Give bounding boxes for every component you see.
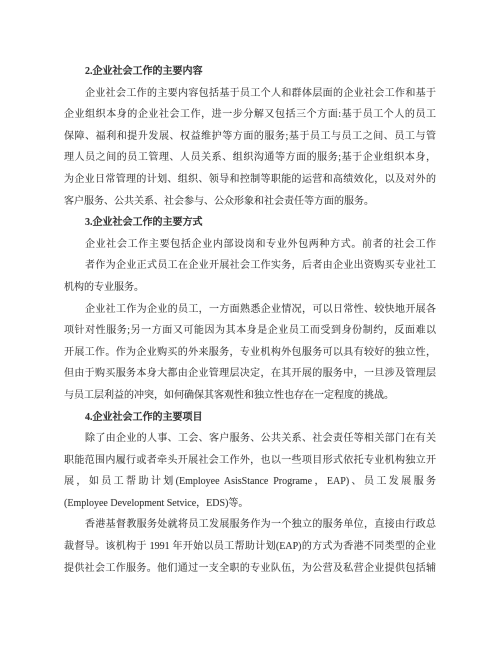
text-line: 开展工作。作为企业购买的外来服务，专业机构外包服务可以具有较好的独立性， [64, 342, 436, 364]
text-line: 展，如员工帮助计划(Employee AsisStance Programe，E… [64, 471, 436, 493]
text-line: 企业社工作为企业的员工，一方面熟悉企业情况，可以日常性、较快地开展各 [64, 299, 436, 321]
text-line: 但由于购买服务本身大都由企业管理层决定，在其开展的服务中，一旦涉及管理层 [64, 363, 436, 385]
text-line: (Employee Development Setvice，EDS)等。 [64, 493, 436, 515]
document-page: 2.企业社会工作的主要内容企业社会工作的主要内容包括基于员工个人和群体层面的企业… [0, 0, 500, 647]
text-line: 企业组织本身的企业社会工作，进一步分解又包括三个方面:基于员工个人的员工 [64, 104, 436, 126]
text-line: 客户服务、公共关系、社会参与、公众形象和社会责任等方面的服务。 [64, 191, 436, 213]
section-heading: 2.企业社会工作的主要内容 [64, 61, 436, 83]
text-line: 企业社会工作的主要内容包括基于员工个人和群体层面的企业社会工作和基于 [64, 83, 436, 105]
text-line: 机构的专业服务。 [64, 277, 436, 299]
text-line: 裁督导。该机构于 1991 年开始以员工帮助计划(EAP)的方式为香港不同类型的… [64, 536, 436, 558]
text-line: 除了由企业的人事、工会、客户服务、公共关系、社会责任等相关部门在有关 [64, 428, 436, 450]
text-line: 职能范围内履行或者牵头开展社会工作外，也以一些项目形式依托专业机构独立开 [64, 450, 436, 472]
section-heading: 4.企业社会工作的主要项目 [64, 407, 436, 429]
text-line: 理人员之间的员工管理、人员关系、组织沟通等方面的服务;基于企业组织本身， [64, 147, 436, 169]
text-line: 项针对性服务;另一方面又可能因为其本身是企业员工而受到身份制约，反面难以 [64, 320, 436, 342]
text-line: 者作为企业正式员工在企业开展社会工作实务，后者由企业出资购买专业社工 [64, 255, 436, 277]
document-text-block: 2.企业社会工作的主要内容企业社会工作的主要内容包括基于员工个人和群体层面的企业… [64, 61, 436, 579]
text-line: 香港基督教服务处就将员工发展服务作为一个独立的服务单位，直接由行政总 [64, 514, 436, 536]
text-line: 提供社会工作服务。他们通过一支全职的专业队伍，为公营及私营企业提供包括辅 [64, 558, 436, 580]
text-line: 企业社会工作主要包括企业内部设岗和专业外包两种方式。前者的社会工作 [64, 234, 436, 256]
section-heading: 3.企业社会工作的主要方式 [64, 212, 436, 234]
text-line: 保障、福利和提升发展、权益维护等方面的服务;基于员工与员工之间、员工与管 [64, 126, 436, 148]
text-line: 与员工层利益的冲突，如何确保其客观性和独立性也存在一定程度的挑战。 [64, 385, 436, 407]
text-line: 为企业日常管理的计划、组织、领导和控制等职能的运营和高绩效化，以及对外的 [64, 169, 436, 191]
